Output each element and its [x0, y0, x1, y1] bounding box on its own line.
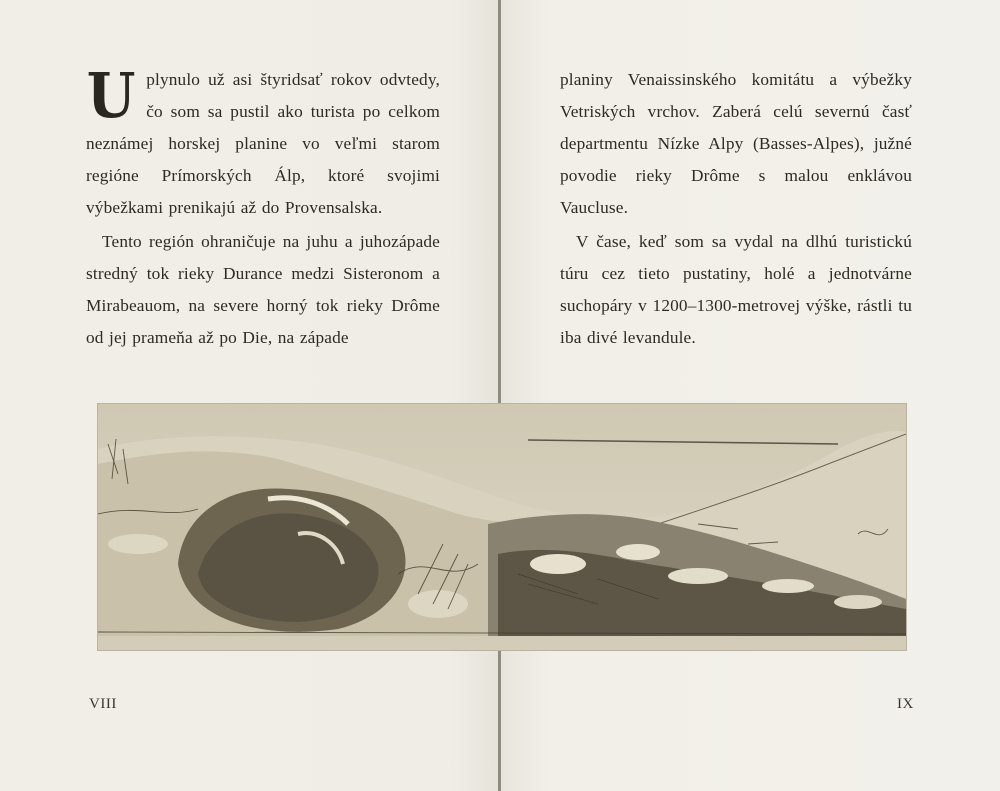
page-number-right: IX — [897, 696, 914, 713]
landscape-etching — [97, 403, 907, 651]
book-gutter — [498, 0, 501, 791]
book-spread: Uplynulo už asi štyridsať rokov odvtedy,… — [0, 0, 1000, 791]
paragraph-2: Tento región ohraničuje na juhu a juhozá… — [86, 226, 440, 354]
right-page-text: planiny Venaissinského komitátu a výbežk… — [560, 64, 912, 354]
etching-image — [98, 404, 906, 650]
drop-cap: U — [87, 67, 136, 127]
left-page-text: Uplynulo už asi štyridsať rokov odvtedy,… — [86, 64, 440, 354]
page-number-left: VIII — [89, 696, 117, 713]
paragraph-4: V čase, keď som sa vydal na dlhú turisti… — [560, 226, 912, 354]
paragraph-3: planiny Venaissinského komitátu a výbežk… — [560, 64, 912, 224]
paragraph-1-text: plynulo už asi štyridsať rokov odvtedy, … — [86, 70, 440, 217]
paragraph-1: Uplynulo už asi štyridsať rokov odvtedy,… — [86, 64, 440, 224]
